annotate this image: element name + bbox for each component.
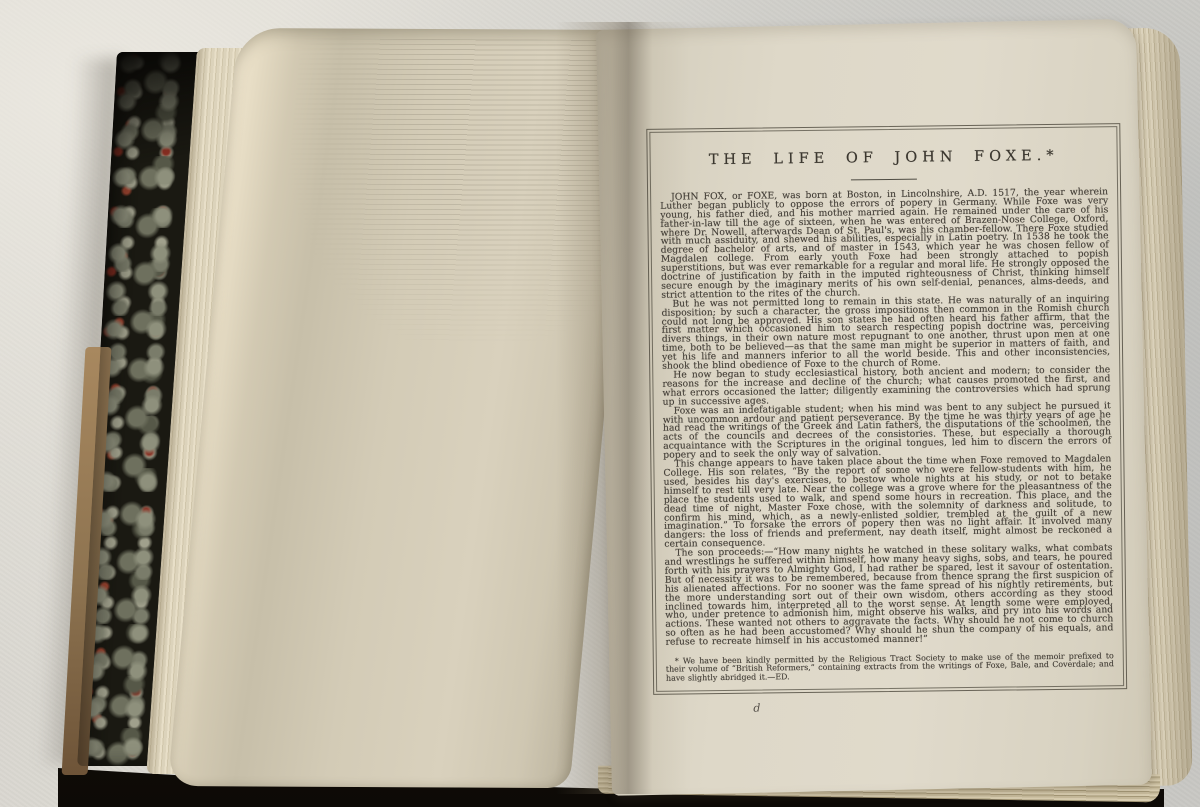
page-border-inner-rule: THE LIFE OF JOHN FOXE.* JOHN FOX, or FOX… (649, 126, 1124, 692)
footnote: * We have been kindly permitted by the R… (666, 642, 1114, 682)
photo-of-open-book: THE LIFE OF JOHN FOXE.* JOHN FOX, or FOX… (0, 0, 1200, 807)
page-border-frame: THE LIFE OF JOHN FOXE.* JOHN FOX, or FOX… (646, 123, 1127, 695)
paragraph: This change appears to have taken place … (663, 455, 1112, 550)
printed-page-area: THE LIFE OF JOHN FOXE.* JOHN FOX, or FOX… (646, 123, 1127, 739)
paragraph: The son proceeds:—“How many nights he wa… (664, 544, 1113, 647)
title-rule (851, 179, 917, 181)
text-show-through (273, 38, 627, 345)
paragraph: JOHN FOX, or FOXE, was born at Boston, i… (660, 188, 1109, 300)
left-blank-page (168, 28, 640, 788)
paragraph: Foxe was an indefatigable student; when … (663, 402, 1112, 461)
paragraph: But he was not permitted long to remain … (661, 295, 1110, 372)
memoir-text: JOHN FOX, or FOXE, was born at Boston, i… (660, 188, 1114, 648)
signature-mark: d (753, 702, 760, 715)
page-title: THE LIFE OF JOHN FOXE.* (660, 147, 1108, 168)
